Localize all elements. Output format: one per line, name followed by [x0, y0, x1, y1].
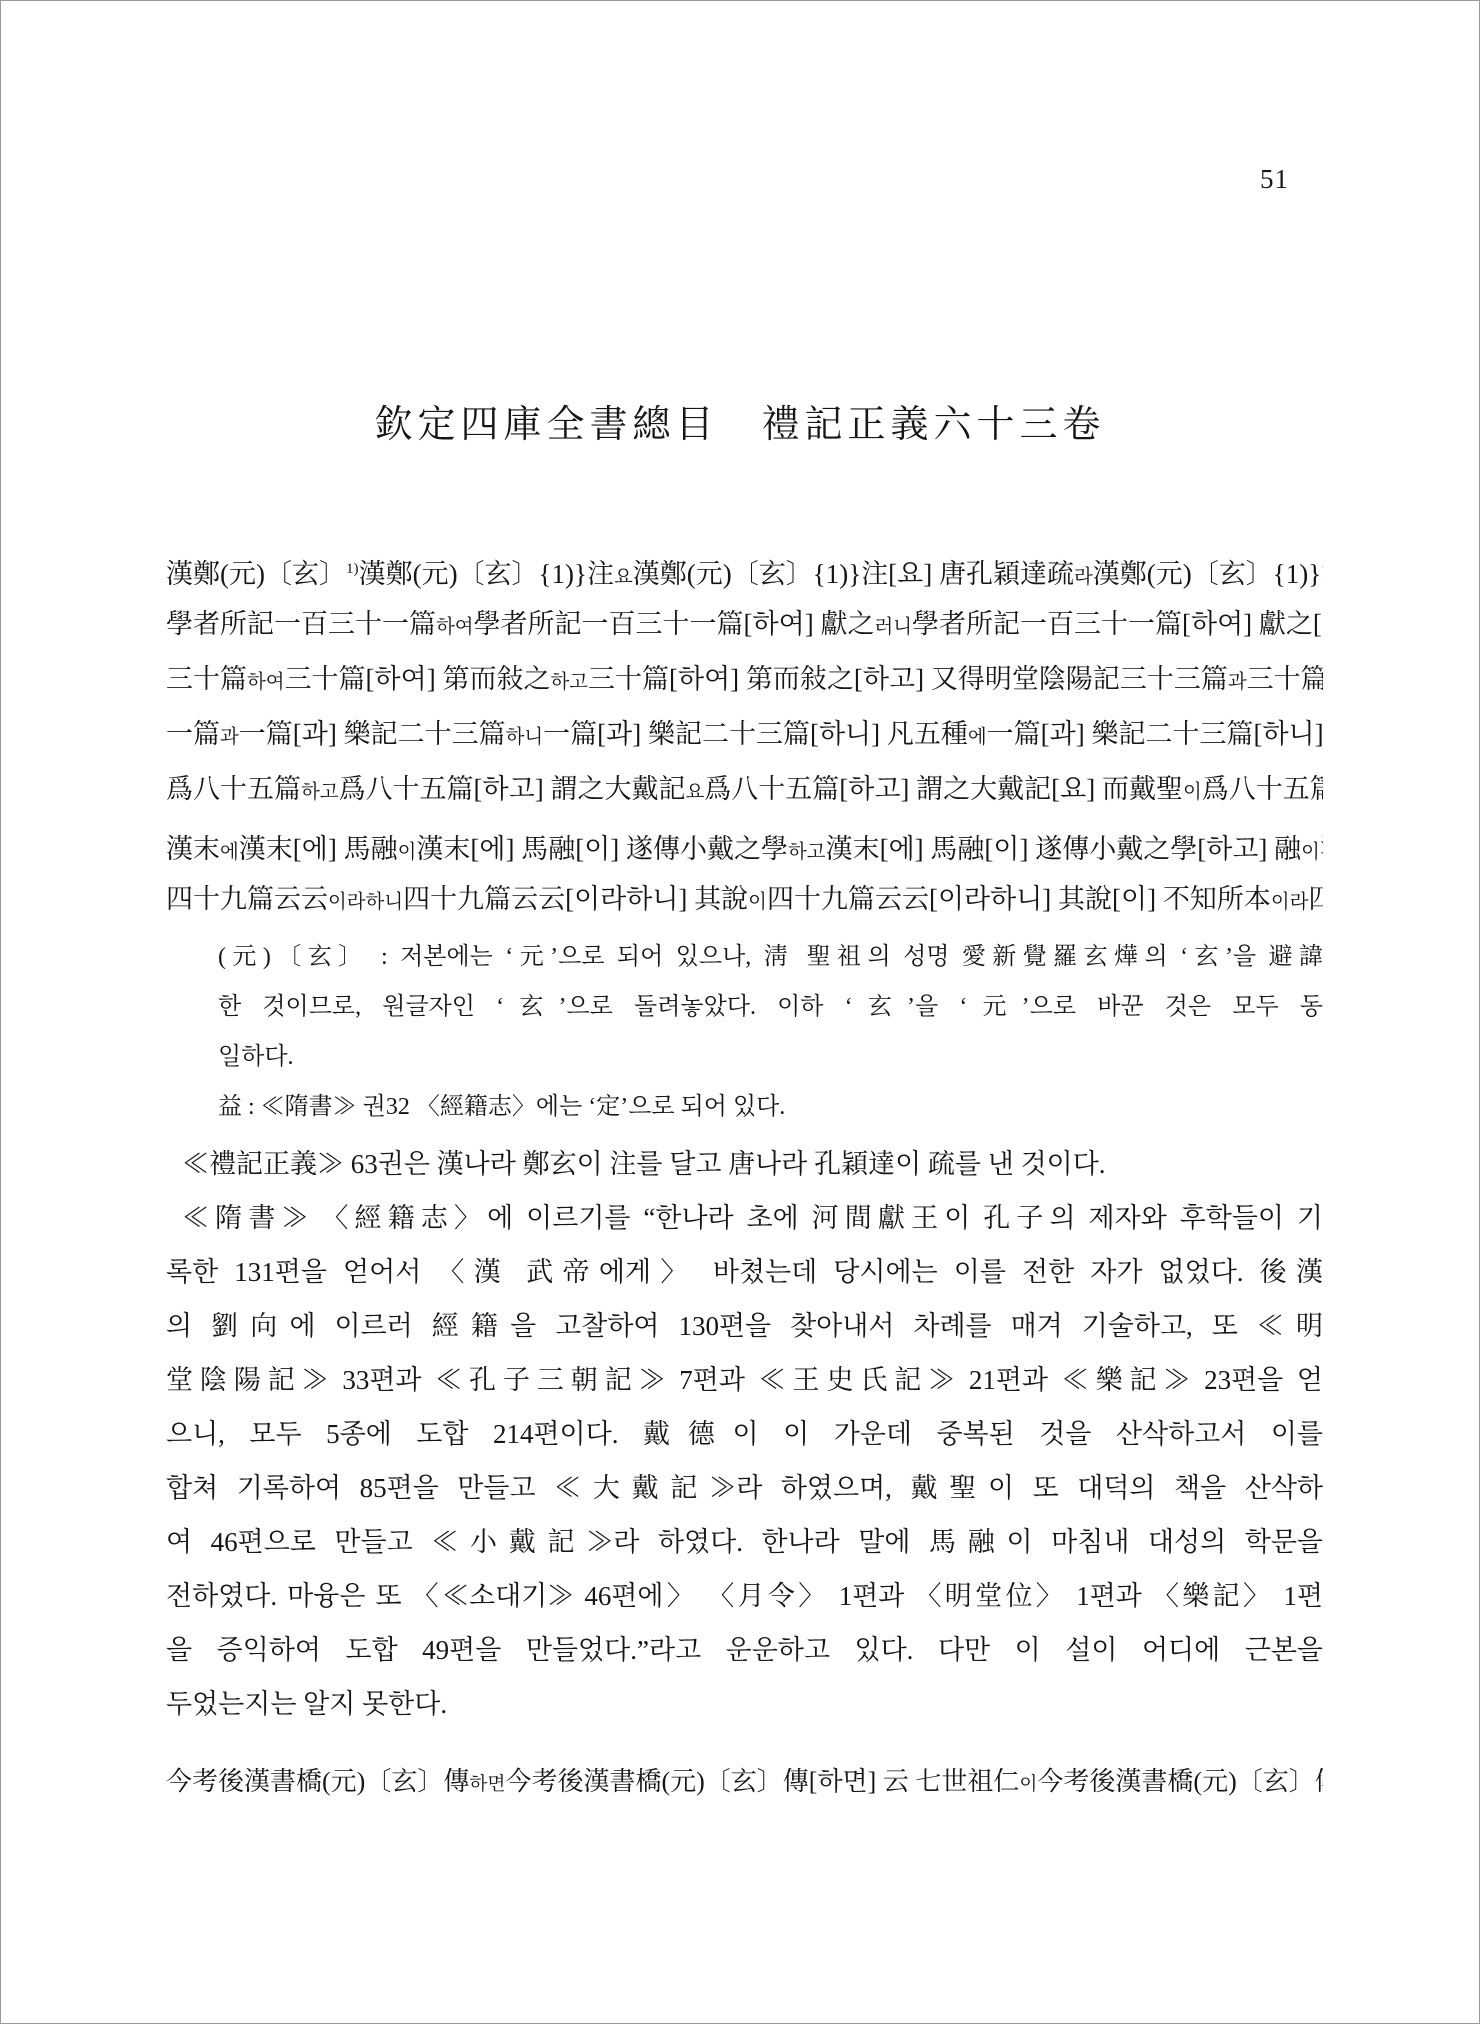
- hangul-particle: 이: [748, 892, 767, 913]
- original-text-line: 漢末에漢末[에] 馬融이漢末[에] 馬融[이] 遂傳小戴之學하고漢末[에] 馬融…: [166, 817, 1323, 872]
- hangul-particle: 과: [1228, 672, 1247, 693]
- footnote-line: 2)益 : ≪隋書≫ 권32 〈經籍志〉에는 ‘定’으로 되어 있다.: [218, 1082, 1323, 1132]
- footnote-line: 일하다.: [218, 1032, 1323, 1082]
- translation-line: 으니, 모두 5종에 도합 214편이다. 戴德이 이 가운데 중복된 것을 산…: [166, 1407, 1323, 1461]
- translation-paragraph: ≪隋書≫ 〈經籍志〉에 이르기를 “한나라 초에 河間獻王이 孔子의 제자와 후…: [166, 1191, 1323, 1731]
- footnote-line: 한 것이므로, 원글자인 ‘玄’으로 돌려놓았다. 이하 ‘玄’을 ‘元’으로 …: [218, 982, 1323, 1032]
- footnote-item: 2)益 : ≪隋書≫ 권32 〈經籍志〉에는 ‘定’으로 되어 있다.: [166, 1082, 1323, 1132]
- hangul-particle: 이: [398, 842, 417, 863]
- closing-text-line: 今考後漢書橋(元)〔玄〕傳하면今考後漢書橋(元)〔玄〕傳[하면] 云 七世祖仁이…: [166, 1757, 1323, 1807]
- translation-block: ≪禮記正義≫ 63권은 漢나라 鄭玄이 注를 달고 唐나라 孔穎達이 疏를 낸 …: [166, 1137, 1323, 1731]
- footnote-line: 1)(元)〔玄〕 : 저본에는 ‘元’으로 되어 있으나, 淸 聖祖의 성명 愛…: [218, 932, 1323, 982]
- original-text-line: 漢鄭(元)〔玄〕1)漢鄭(元)〔玄〕{1)}注요漢鄭(元)〔玄〕{1)}注[요]…: [166, 542, 1323, 597]
- hangul-particle: 이: [1019, 1774, 1037, 1795]
- hangul-particle: 이라: [1271, 892, 1309, 913]
- translation-line: 두었는지는 알지 못한다.: [166, 1677, 1323, 1731]
- page-number: 51: [1260, 164, 1289, 195]
- translation-line: 합쳐 기록하여 85편을 만들고 ≪大戴記≫라 하였으며, 戴聖이 또 대덕의 …: [166, 1461, 1323, 1515]
- hangul-particle: 요: [614, 567, 633, 588]
- hangul-particle: 과: [220, 727, 239, 748]
- original-text-line: 一篇과一篇[과] 樂記二十三篇하니一篇[과] 樂記二十三篇[하니] 凡五種에一篇…: [166, 707, 1323, 762]
- footnote-ref: 1): [346, 561, 359, 577]
- original-text-line: 爲八十五篇하고爲八十五篇[하고] 謂之大戴記요爲八十五篇[하고] 謂之大戴記[요…: [166, 762, 1323, 817]
- hangul-particle: 요: [685, 782, 704, 803]
- hangul-particle: 하여: [247, 672, 285, 693]
- hangul-particle: 이: [1183, 782, 1202, 803]
- hangul-particle: 하니: [506, 727, 544, 748]
- closing-hanja-paragraph: 今考後漢書橋(元)〔玄〕傳하면今考後漢書橋(元)〔玄〕傳[하면] 云 七世祖仁이…: [166, 1757, 1323, 1807]
- original-text-line: 四十九篇云云이라하니四十九篇云云[이라하니] 其說이四十九篇云云[이라하니] 其…: [166, 872, 1323, 927]
- hangul-particle: 이: [1301, 842, 1320, 863]
- document-page: 51 欽定四庫全書總目 禮記正義六十三卷 漢鄭(元)〔玄〕1)漢鄭(元)〔玄〕{…: [0, 0, 1480, 2024]
- hangul-particle: 러니: [874, 617, 912, 638]
- hangul-particle: 라: [1074, 567, 1093, 588]
- translation-line: 록한 131편을 얻어서 〈漢 武帝에게〉 바쳤는데 당시에는 이를 전한 자가…: [166, 1245, 1323, 1299]
- original-text-line: 三十篇하여三十篇[하여] 第而敍之하고三十篇[하여] 第而敍之[하고] 又得明堂…: [166, 652, 1323, 707]
- translation-line: 전하였다. 마융은 또 〈≪소대기≫ 46편에〉 〈月令〉 1편과 〈明堂位〉 …: [166, 1569, 1323, 1623]
- hangul-particle: 하고: [301, 782, 339, 803]
- page-title: 欽定四庫全書總目 禮記正義六十三卷: [1, 393, 1479, 448]
- translation-line: ≪隋書≫ 〈經籍志〉에 이르기를 “한나라 초에 河間獻王이 孔子의 제자와 후…: [166, 1191, 1323, 1245]
- translation-line: 을 증익하여 도합 49편을 만들었다.”라고 운운하고 있다. 다만 이 설이…: [166, 1623, 1323, 1677]
- translation-line: 여 46편으로 만들고 ≪小戴記≫라 하였다. 한나라 말에 馬融이 마침내 대…: [166, 1515, 1323, 1569]
- translation-line: 의 劉向에 이르러 經籍을 고찰하여 130편을 찾아내서 차례를 매겨 기술하…: [166, 1299, 1323, 1353]
- translation-line: ≪禮記正義≫ 63권은 漢나라 鄭玄이 注를 달고 唐나라 孔穎達이 疏를 낸 …: [166, 1137, 1323, 1191]
- hangul-particle: 하고: [550, 672, 588, 693]
- hangul-particle: 하여: [436, 617, 474, 638]
- hangul-particle: 하면: [469, 1774, 505, 1795]
- original-text-line: 學者所記一百三十一篇하여學者所記一百三十一篇[하여] 獻之러니學者所記一百三十一…: [166, 597, 1323, 652]
- hangul-particle: 하고: [788, 842, 826, 863]
- hangul-particle: 에: [968, 727, 987, 748]
- translation-line: 堂陰陽記≫ 33편과 ≪孔子三朝記≫ 7편과 ≪王史氏記≫ 21편과 ≪樂記≫ …: [166, 1353, 1323, 1407]
- hangul-particle: 에: [220, 842, 239, 863]
- footnote-block: 1)(元)〔玄〕 : 저본에는 ‘元’으로 되어 있으나, 淸 聖祖의 성명 愛…: [166, 932, 1323, 1132]
- footnote-item: 1)(元)〔玄〕 : 저본에는 ‘元’으로 되어 있으나, 淸 聖祖의 성명 愛…: [166, 932, 1323, 1082]
- translation-paragraph: ≪禮記正義≫ 63권은 漢나라 鄭玄이 注를 달고 唐나라 孔穎達이 疏를 낸 …: [166, 1137, 1323, 1191]
- hangul-particle: 이라하니: [328, 892, 403, 913]
- original-hanja-paragraph: 漢鄭(元)〔玄〕1)漢鄭(元)〔玄〕{1)}注요漢鄭(元)〔玄〕{1)}注[요]…: [166, 542, 1323, 927]
